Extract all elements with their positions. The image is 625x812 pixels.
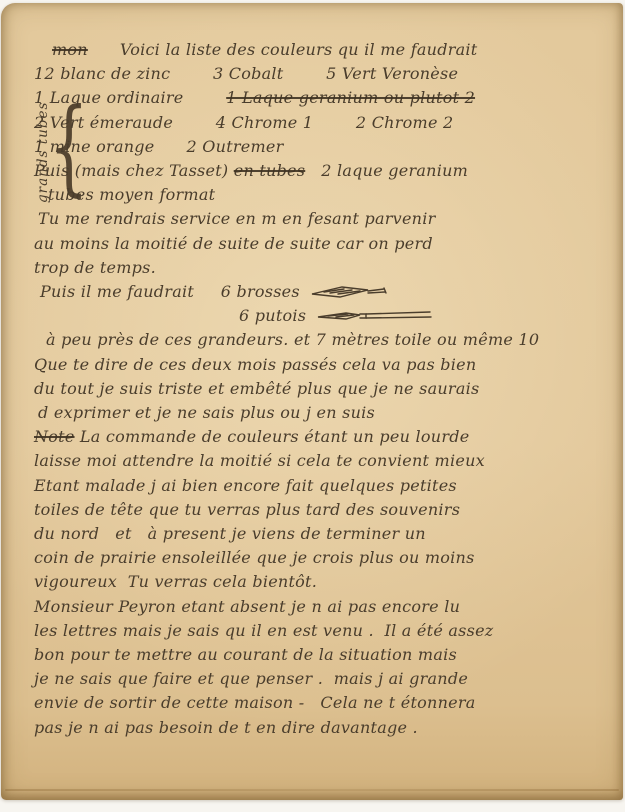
text-segment: je ne sais que faire et que penser . mai… xyxy=(34,669,468,688)
text-segment: coin de prairie ensoleillée que je crois… xyxy=(34,548,475,567)
letter-line: pas je n ai pas besoin de t en dire dava… xyxy=(34,716,614,740)
text-segment: Que te dire de ces deux mois passés cela… xyxy=(34,355,476,374)
letter-line: 6 putois xyxy=(34,304,614,328)
letter-line: Tu me rendrais service en m en fesant pa… xyxy=(34,207,614,231)
letter-line: Note La commande de couleurs étant un pe… xyxy=(34,425,614,449)
letter-lines: mon Voici la liste des couleurs qu il me… xyxy=(34,38,614,740)
letter-line: je ne sais que faire et que penser . mai… xyxy=(34,667,614,691)
letter-line: Puis (mais chez Tasset) en tubes 2 laque… xyxy=(34,159,614,183)
letter-line: à peu près de ces grandeurs. et 7 mètres… xyxy=(34,328,614,352)
letter-line: 1 Laque ordinaire 1 Laque geranium ou pl… xyxy=(34,86,614,110)
text-segment: les lettres mais je sais qu il en est ve… xyxy=(34,621,493,640)
letter-line: trop de temps. xyxy=(34,256,614,280)
letter-line: 1 mine orange 2 Outremer xyxy=(34,135,614,159)
letter-line: tubes moyen format xyxy=(34,183,614,207)
text-segment: Puis (mais chez Tasset) xyxy=(34,161,234,180)
letter-line: toiles de tête que tu verras plus tard d… xyxy=(34,498,614,522)
text-segment: tubes moyen format xyxy=(48,185,215,204)
text-segment: du tout je suis triste et embêté plus qu… xyxy=(34,379,479,398)
struck-text-segment: Note xyxy=(34,427,75,446)
text-segment: toiles de tête que tu verras plus tard d… xyxy=(34,500,460,519)
letter-paper: grands tubes { mon Voici la liste des co… xyxy=(1,3,623,800)
letter-line: vigoureux Tu verras cela bientôt. xyxy=(34,570,614,594)
letter-line: mon Voici la liste des couleurs qu il me… xyxy=(34,38,614,62)
letter-line: d exprimer et je ne sais plus ou j en su… xyxy=(34,401,614,425)
text-segment: trop de temps. xyxy=(34,258,156,277)
text-segment: 1 Laque ordinaire xyxy=(34,88,226,107)
text-segment: 1 mine orange 2 Outremer xyxy=(34,137,284,156)
letter-line: 2 Vert émeraude 4 Chrome 1 2 Chrome 2 xyxy=(34,111,614,135)
letter-line: 12 blanc de zinc 3 Cobalt 5 Vert Veronès… xyxy=(34,62,614,86)
flat-brush-sketch xyxy=(310,284,396,302)
struck-text-segment: en tubes xyxy=(234,161,306,180)
pointed-brush-sketch xyxy=(316,309,434,325)
struck-text-segment: mon xyxy=(52,40,88,59)
letter-line: coin de prairie ensoleillée que je crois… xyxy=(34,546,614,570)
letter-line: du tout je suis triste et embêté plus qu… xyxy=(34,377,614,401)
text-segment: Voici la liste des couleurs qu il me fau… xyxy=(88,40,478,59)
text-segment: laisse moi attendre la moitié si cela te… xyxy=(34,451,485,470)
text-segment: La commande de couleurs étant un peu lou… xyxy=(75,427,470,446)
letter-line: Puis il me faudrait 6 brosses xyxy=(34,280,614,304)
text-segment: Etant malade j ai bien encore fait quelq… xyxy=(34,476,457,495)
text-segment: pas je n ai pas besoin de t en dire dava… xyxy=(34,718,418,737)
text-segment: 12 blanc de zinc 3 Cobalt 5 Vert Veronès… xyxy=(34,64,458,83)
text-segment: 2 laque geranium xyxy=(305,161,468,180)
text-segment: envie de sortir de cette maison - Cela n… xyxy=(34,693,476,712)
letter-line: bon pour te mettre au courant de la situ… xyxy=(34,643,614,667)
text-segment: à peu près de ces grandeurs. et 7 mètres… xyxy=(46,330,539,349)
letter-line: Monsieur Peyron etant absent je n ai pas… xyxy=(34,595,614,619)
letter-line: Etant malade j ai bien encore fait quelq… xyxy=(34,474,614,498)
text-segment: 6 putois xyxy=(239,306,306,325)
text-segment: Tu me rendrais service en m en fesant pa… xyxy=(38,209,436,228)
paper-fold-crease xyxy=(5,789,619,791)
letter-line: laisse moi attendre la moitié si cela te… xyxy=(34,449,614,473)
letter-line: du nord et à present je viens de termine… xyxy=(34,522,614,546)
text-segment: bon pour te mettre au courant de la situ… xyxy=(34,645,457,664)
text-segment: Monsieur Peyron etant absent je n ai pas… xyxy=(34,597,460,616)
text-segment: du nord et à present je viens de termine… xyxy=(34,524,426,543)
text-segment: Puis il me faudrait 6 brosses xyxy=(40,282,300,301)
letter-body: grands tubes { mon Voici la liste des co… xyxy=(34,38,614,740)
text-segment: vigoureux Tu verras cela bientôt. xyxy=(34,572,317,591)
letter-line: les lettres mais je sais qu il en est ve… xyxy=(34,619,614,643)
scanned-letter-page: grands tubes { mon Voici la liste des co… xyxy=(0,0,625,812)
letter-line: au moins la moitié de suite de suite car… xyxy=(34,232,614,256)
letter-line: Que te dire de ces deux mois passés cela… xyxy=(34,353,614,377)
text-segment: au moins la moitié de suite de suite car… xyxy=(34,234,433,253)
letter-line: envie de sortir de cette maison - Cela n… xyxy=(34,691,614,715)
struck-text-segment: 1 Laque geranium ou plutot 2 xyxy=(226,88,475,107)
text-segment: d exprimer et je ne sais plus ou j en su… xyxy=(38,403,375,422)
text-segment: 2 Vert émeraude 4 Chrome 1 2 Chrome 2 xyxy=(34,113,453,132)
